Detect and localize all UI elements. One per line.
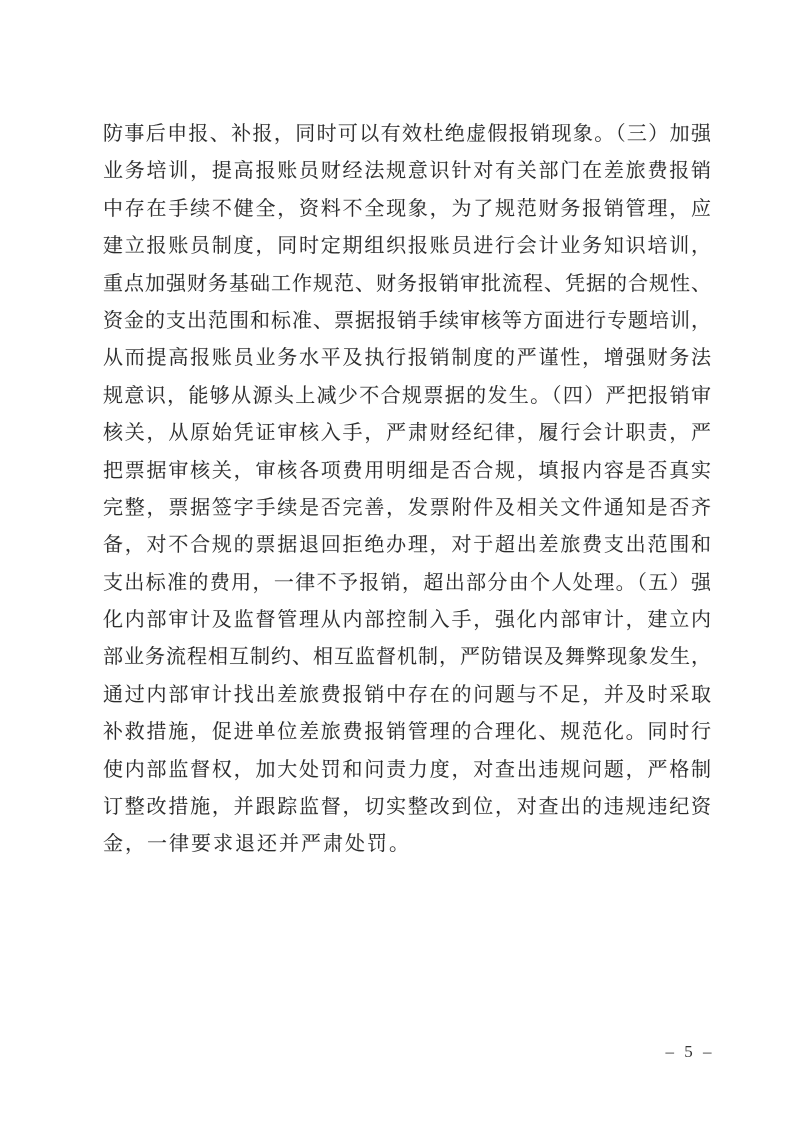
text-line: 重点加强财务基础工作规范、财务报销审批流程、凭据的合规性、	[103, 266, 711, 303]
text-line: 从而提高报账员业务水平及执行报销制度的严谨性，增强财务法	[103, 340, 711, 377]
body-text-block: 防事后申报、补报，同时可以有效杜绝虚假报销现象。（三）加强 业务培训，提高报账员…	[103, 116, 711, 864]
page-number: – 5 –	[648, 1040, 732, 1064]
text-line: 备，对不合规的票据退回拒绝办理，对于超出差旅费支出范围和	[103, 527, 711, 564]
text-line: 中存在手续不健全，资料不全现象，为了规范财务报销管理，应	[103, 191, 711, 228]
text-line: 资金的支出范围和标准、票据报销手续审核等方面进行专题培训，	[103, 303, 711, 340]
text-line: 部业务流程相互制约、相互监督机制，严防错误及舞弊现象发生，	[103, 639, 711, 676]
text-line: 建立报账员制度，同时定期组织报账员进行会计业务知识培训，	[103, 228, 711, 265]
document-page: 防事后申报、补报，同时可以有效杜绝虚假报销现象。（三）加强 业务培训，提高报账员…	[0, 0, 793, 1122]
text-line: 化内部审计及监督管理从内部控制入手，强化内部审计，建立内	[103, 602, 711, 639]
text-line: 补救措施，促进单位差旅费报销管理的合理化、规范化。同时行	[103, 714, 711, 751]
text-line: 防事后申报、补报，同时可以有效杜绝虚假报销现象。（三）加强	[103, 116, 711, 153]
text-line: 核关，从原始凭证审核入手，严肃财经纪律，履行会计职责，严	[103, 415, 711, 452]
text-line: 把票据审核关，审核各项费用明细是否合规，填报内容是否真实	[103, 453, 711, 490]
text-line: 使内部监督权，加大处罚和问责力度，对查出违规问题，严格制	[103, 752, 711, 789]
text-line: 完整，票据签字手续是否完善，发票附件及相关文件通知是否齐	[103, 490, 711, 527]
text-line: 规意识，能够从源头上减少不合规票据的发生。（四）严把报销审	[103, 378, 711, 415]
text-line: 订整改措施，并跟踪监督，切实整改到位，对查出的违规违纪资	[103, 789, 711, 826]
text-line: 支出标准的费用，一律不予报销，超出部分由个人处理。（五）强	[103, 565, 711, 602]
text-line: 金，一律要求退还并严肃处罚。	[103, 826, 711, 863]
text-line: 业务培训，提高报账员财经法规意识针对有关部门在差旅费报销	[103, 153, 711, 190]
text-line: 通过内部审计找出差旅费报销中存在的问题与不足，并及时采取	[103, 677, 711, 714]
